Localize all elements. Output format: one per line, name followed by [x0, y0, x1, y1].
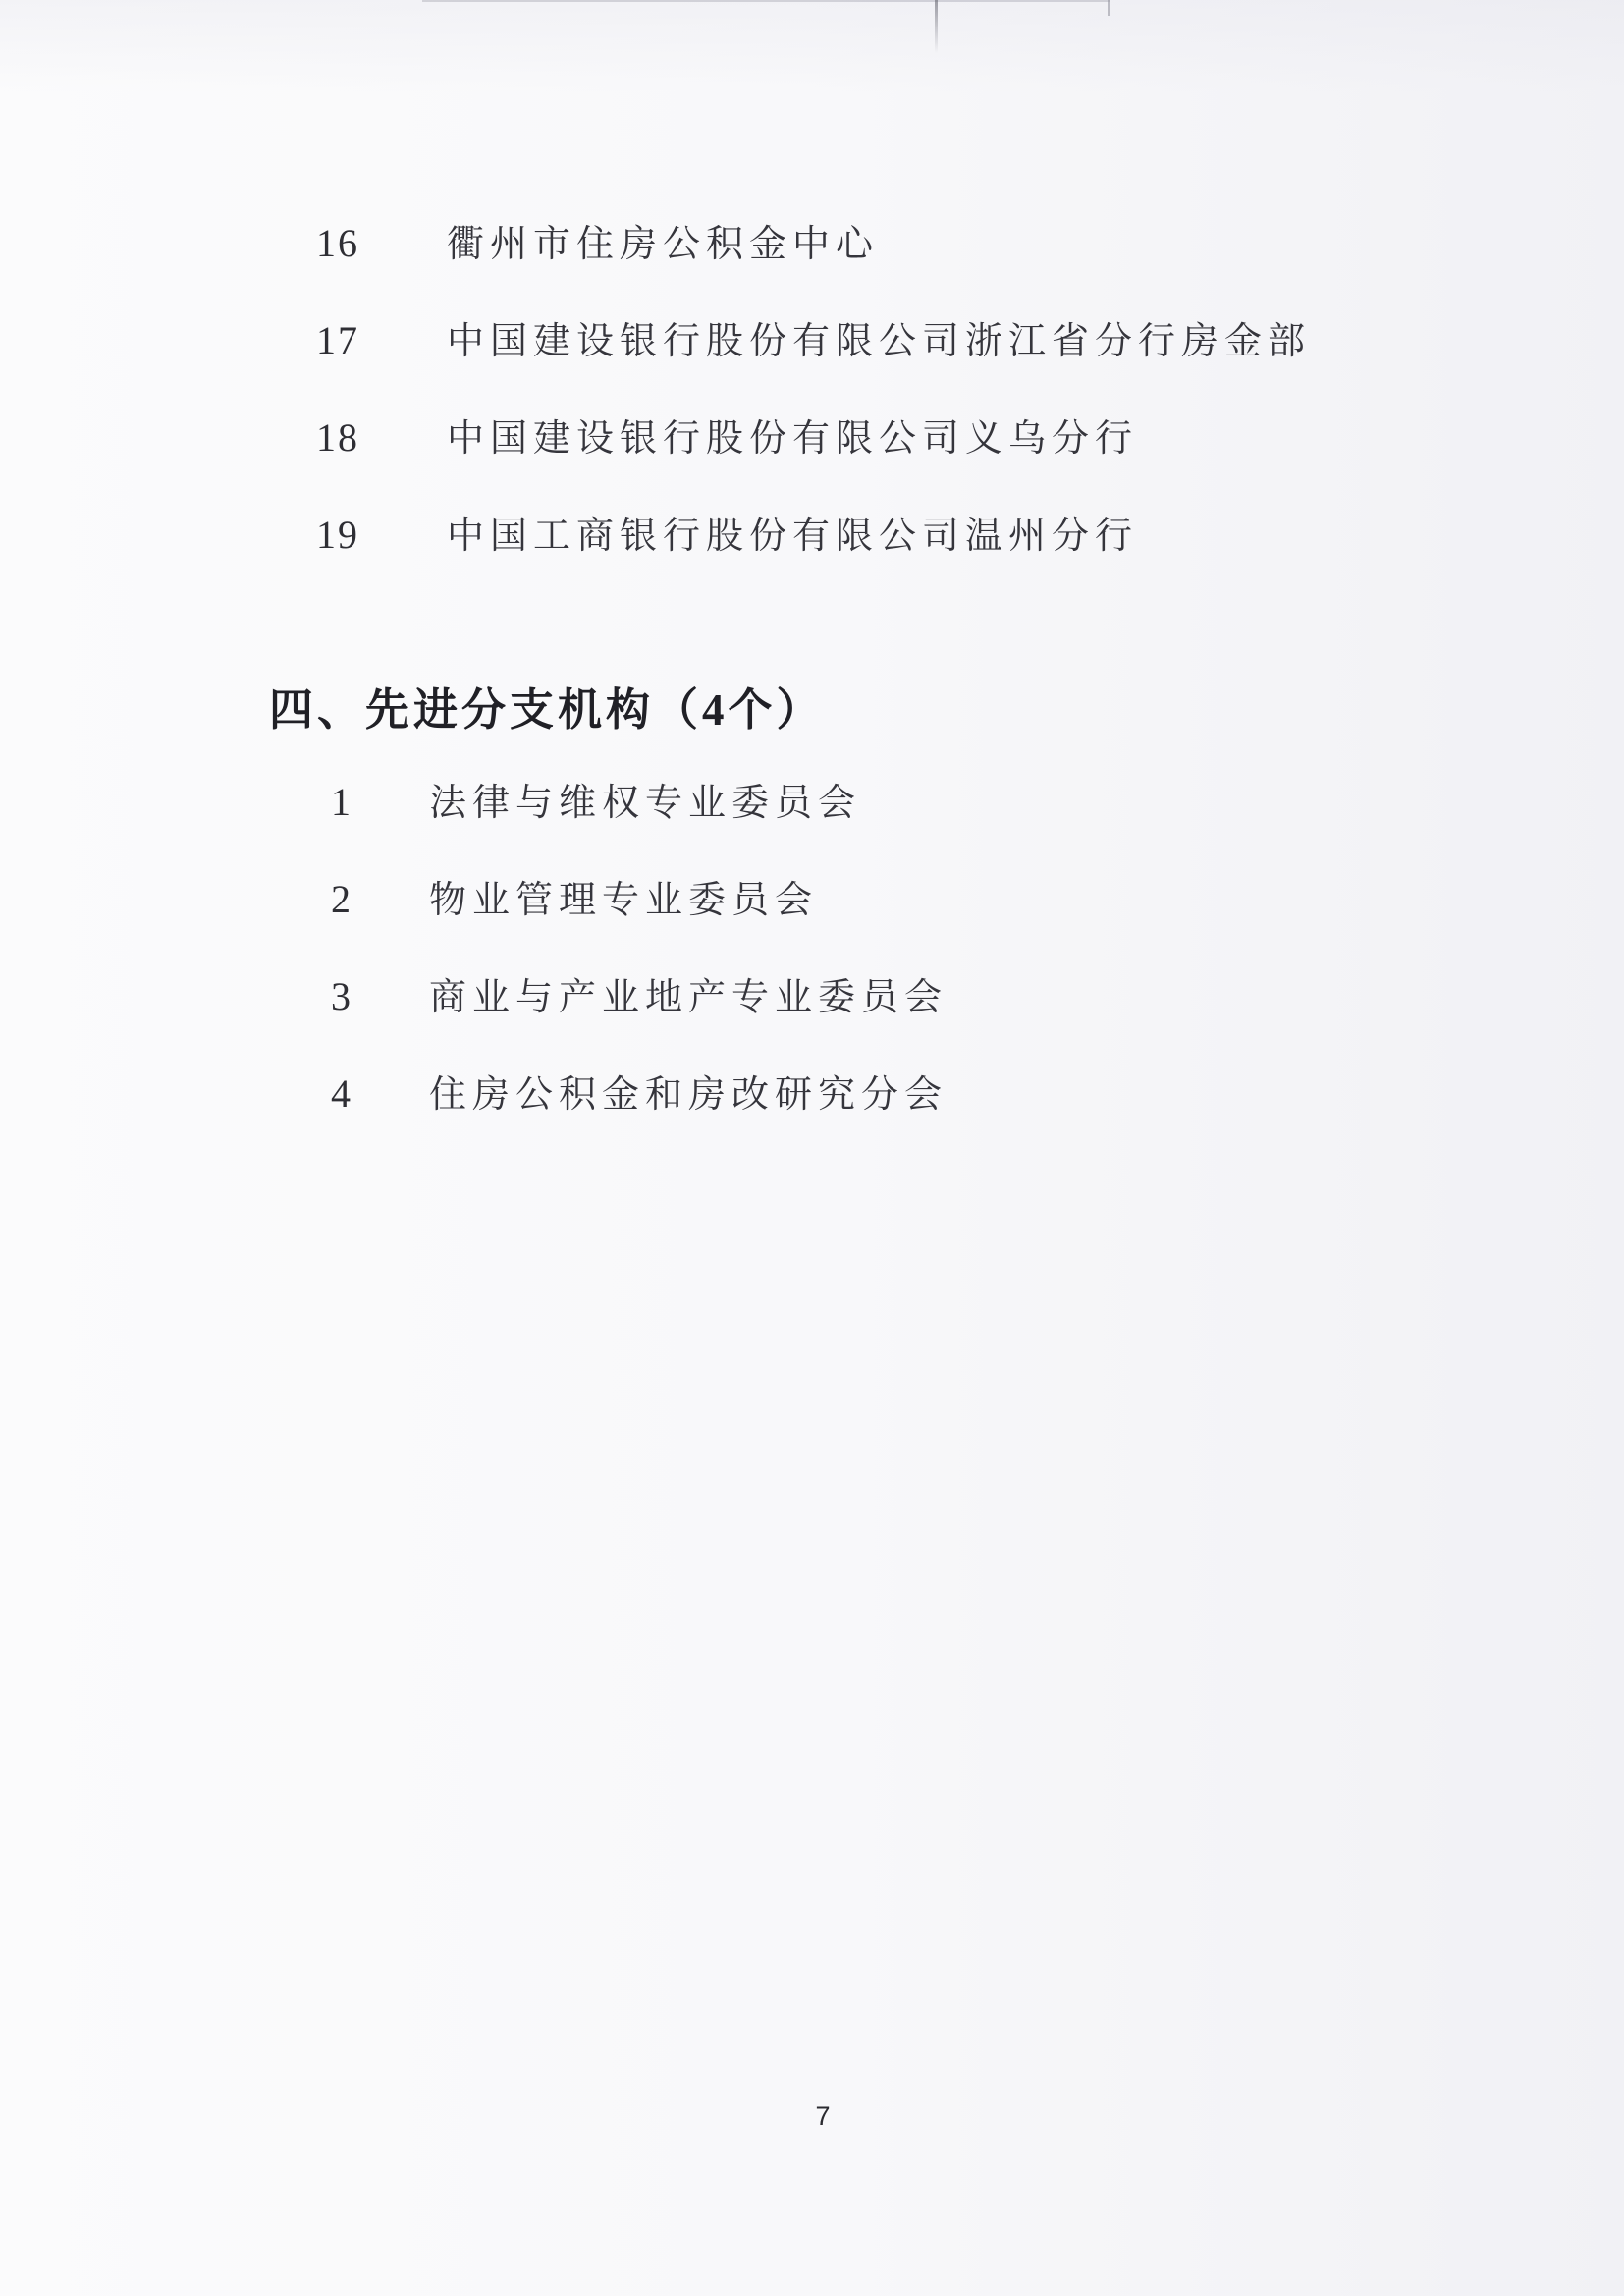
list-item-label: 物业管理专业委员会 — [429, 880, 818, 921]
list-item-number: 4 — [331, 1070, 429, 1118]
list-item: 4住房公积金和房改研究分会 — [331, 1070, 947, 1120]
list-item-label: 法律与维权专业委员会 — [429, 783, 861, 824]
list-item: 17中国建设银行股份有限公司浙江省分行房金部 — [316, 317, 1311, 366]
section-heading: 四、先进分支机构（4个） — [269, 682, 825, 738]
list-item: 16衢州市住房公积金中心 — [316, 220, 879, 269]
list-item-label: 中国建设银行股份有限公司浙江省分行房金部 — [447, 321, 1311, 362]
scan-artifact-top-line — [422, 0, 1110, 2]
list-item: 19中国工商银行股份有限公司温州分行 — [316, 512, 1138, 561]
list-item-number: 2 — [331, 876, 429, 923]
list-item-label: 中国工商银行股份有限公司温州分行 — [447, 516, 1138, 557]
list-item-label: 住房公积金和房改研究分会 — [429, 1074, 947, 1116]
list-item: 18中国建设银行股份有限公司义乌分行 — [316, 414, 1138, 464]
list-item-number: 18 — [316, 414, 447, 462]
list-item-label: 商业与产业地产专业委员会 — [429, 977, 947, 1018]
list-item: 1法律与维权专业委员会 — [331, 779, 861, 828]
document-page: 16衢州市住房公积金中心 17中国建设银行股份有限公司浙江省分行房金部 18中国… — [0, 0, 1624, 2296]
list-item-number: 19 — [316, 512, 447, 559]
list-item: 3商业与产业地产专业委员会 — [331, 973, 947, 1022]
page-number: 7 — [815, 2102, 830, 2132]
list-item-label: 衢州市住房公积金中心 — [447, 224, 879, 265]
list-item-number: 1 — [331, 779, 429, 826]
scan-artifact-tick — [1108, 0, 1110, 16]
scan-artifact-streak — [935, 0, 938, 53]
list-item-number: 17 — [316, 317, 447, 364]
list-item: 2物业管理专业委员会 — [331, 876, 818, 925]
list-item-number: 16 — [316, 220, 447, 267]
list-item-number: 3 — [331, 973, 429, 1020]
list-item-label: 中国建设银行股份有限公司义乌分行 — [447, 418, 1138, 460]
